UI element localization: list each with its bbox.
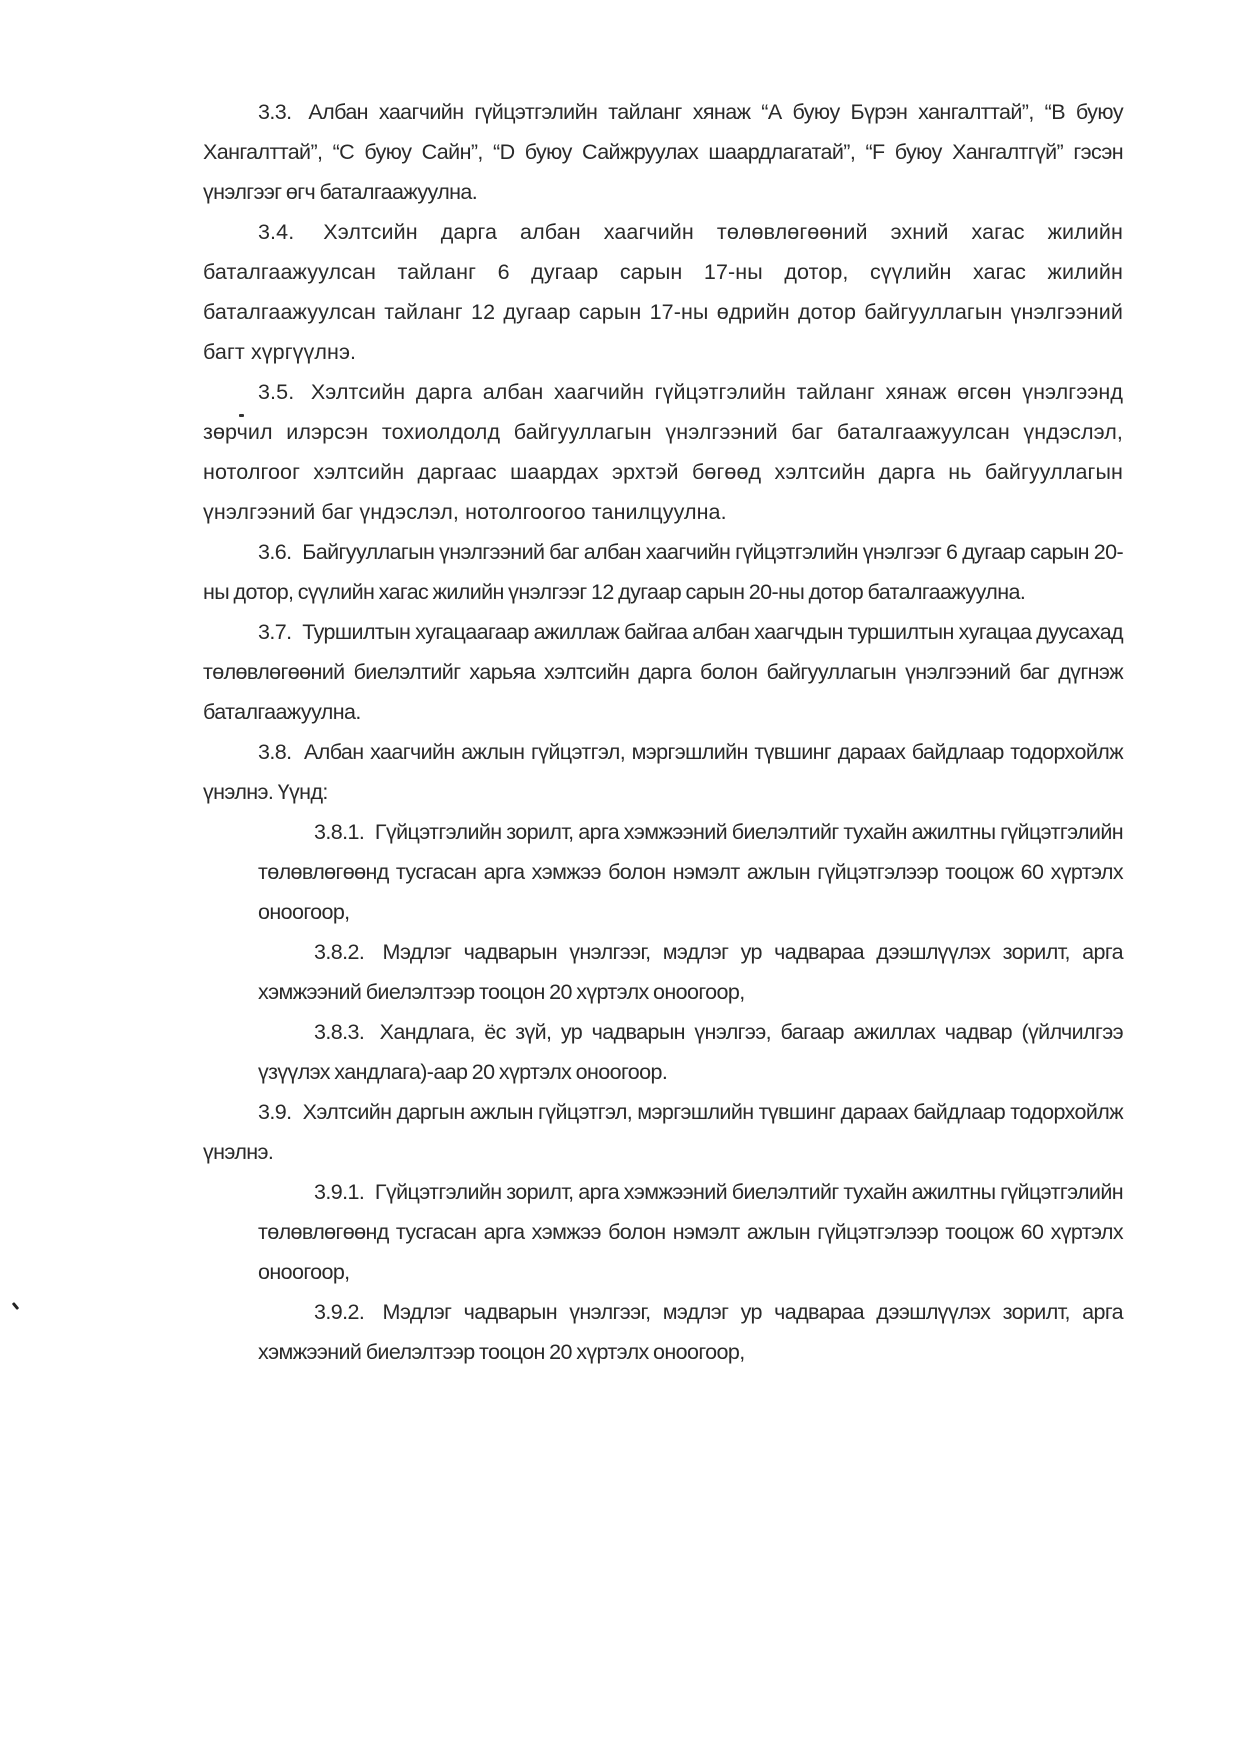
paragraph-3-3: 3.3. Албан хаагчийн гүйцэтгэлийн тайланг…: [203, 92, 1123, 212]
paragraph-number: 3.6.: [258, 540, 297, 564]
paragraph-text: Хэлтсийн дарга албан хаагчийн гүйцэтгэли…: [203, 380, 1123, 524]
paragraph-text: Хэлтсийн дарга албан хаагчийн төлөвлөгөө…: [203, 220, 1123, 364]
paragraph-number: 3.8.1.: [314, 820, 370, 844]
paragraph-text: Албан хаагчийн гүйцэтгэлийн тайланг хяна…: [203, 100, 1123, 204]
paragraph-text: Хандлага, ёс зүй, ур чадварын үнэлгээ, б…: [258, 1020, 1123, 1084]
paragraph-number: 3.4.: [258, 220, 300, 244]
paragraph-text: Туршилтын хугацаагаар ажиллаж байгаа алб…: [203, 620, 1123, 724]
scan-artifact-mark: [239, 414, 244, 417]
paragraph-3-9-2: 3.9.2. Мэдлэг чадварын үнэлгээг, мэдлэг …: [258, 1292, 1123, 1372]
paragraph-text: Гүйцэтгэлийн зорилт, арга хэмжээний биел…: [258, 1180, 1123, 1284]
paragraph-text: Гүйцэтгэлийн зорилт, арга хэмжээний биел…: [258, 820, 1123, 924]
paragraph-text: Мэдлэг чадварын үнэлгээг, мэдлэг ур чадв…: [258, 1300, 1123, 1364]
paragraph-3-4: 3.4. Хэлтсийн дарга албан хаагчийн төлөв…: [203, 212, 1123, 372]
paragraph-3-8: 3.8. Албан хаагчийн ажлын гүйцэтгэл, мэр…: [203, 732, 1123, 812]
paragraph-number: 3.8.3.: [314, 1020, 370, 1044]
paragraph-number: 3.5.: [258, 380, 300, 404]
paragraph-3-7: 3.7. Туршилтын хугацаагаар ажиллаж байга…: [203, 612, 1123, 732]
paragraph-3-9: 3.9. Хэлтсийн даргын ажлын гүйцэтгэл, мэ…: [203, 1092, 1123, 1172]
paragraph-number: 3.8.: [258, 740, 297, 764]
paragraph-text: Байгууллагын үнэлгээний баг албан хаагчи…: [203, 540, 1123, 604]
paragraph-number: 3.9.1.: [314, 1180, 370, 1204]
paragraph-text: Албан хаагчийн ажлын гүйцэтгэл, мэргэшли…: [203, 740, 1123, 804]
paragraph-text: Хэлтсийн даргын ажлын гүйцэтгэл, мэргэшл…: [203, 1100, 1123, 1164]
paragraph-3-8-3: 3.8.3. Хандлага, ёс зүй, ур чадварын үнэ…: [258, 1012, 1123, 1092]
paragraph-number: 3.8.2.: [314, 940, 370, 964]
paragraph-3-9-1: 3.9.1. Гүйцэтгэлийн зорилт, арга хэмжээн…: [258, 1172, 1123, 1292]
paragraph-number: 3.3.: [258, 100, 297, 124]
scan-artifact-tick: [12, 1302, 19, 1310]
paragraph-number: 3.9.: [258, 1100, 297, 1124]
paragraph-number: 3.7.: [258, 620, 297, 644]
paragraph-number: 3.9.2.: [314, 1300, 370, 1324]
document-page: 3.3. Албан хаагчийн гүйцэтгэлийн тайланг…: [203, 92, 1123, 1372]
paragraph-3-8-1: 3.8.1. Гүйцэтгэлийн зорилт, арга хэмжээн…: [258, 812, 1123, 932]
paragraph-3-6: 3.6. Байгууллагын үнэлгээний баг албан х…: [203, 532, 1123, 612]
paragraph-text: Мэдлэг чадварын үнэлгээг, мэдлэг ур чадв…: [258, 940, 1123, 1004]
paragraph-3-8-2: 3.8.2. Мэдлэг чадварын үнэлгээг, мэдлэг …: [258, 932, 1123, 1012]
paragraph-3-5: 3.5. Хэлтсийн дарга албан хаагчийн гүйцэ…: [203, 372, 1123, 532]
